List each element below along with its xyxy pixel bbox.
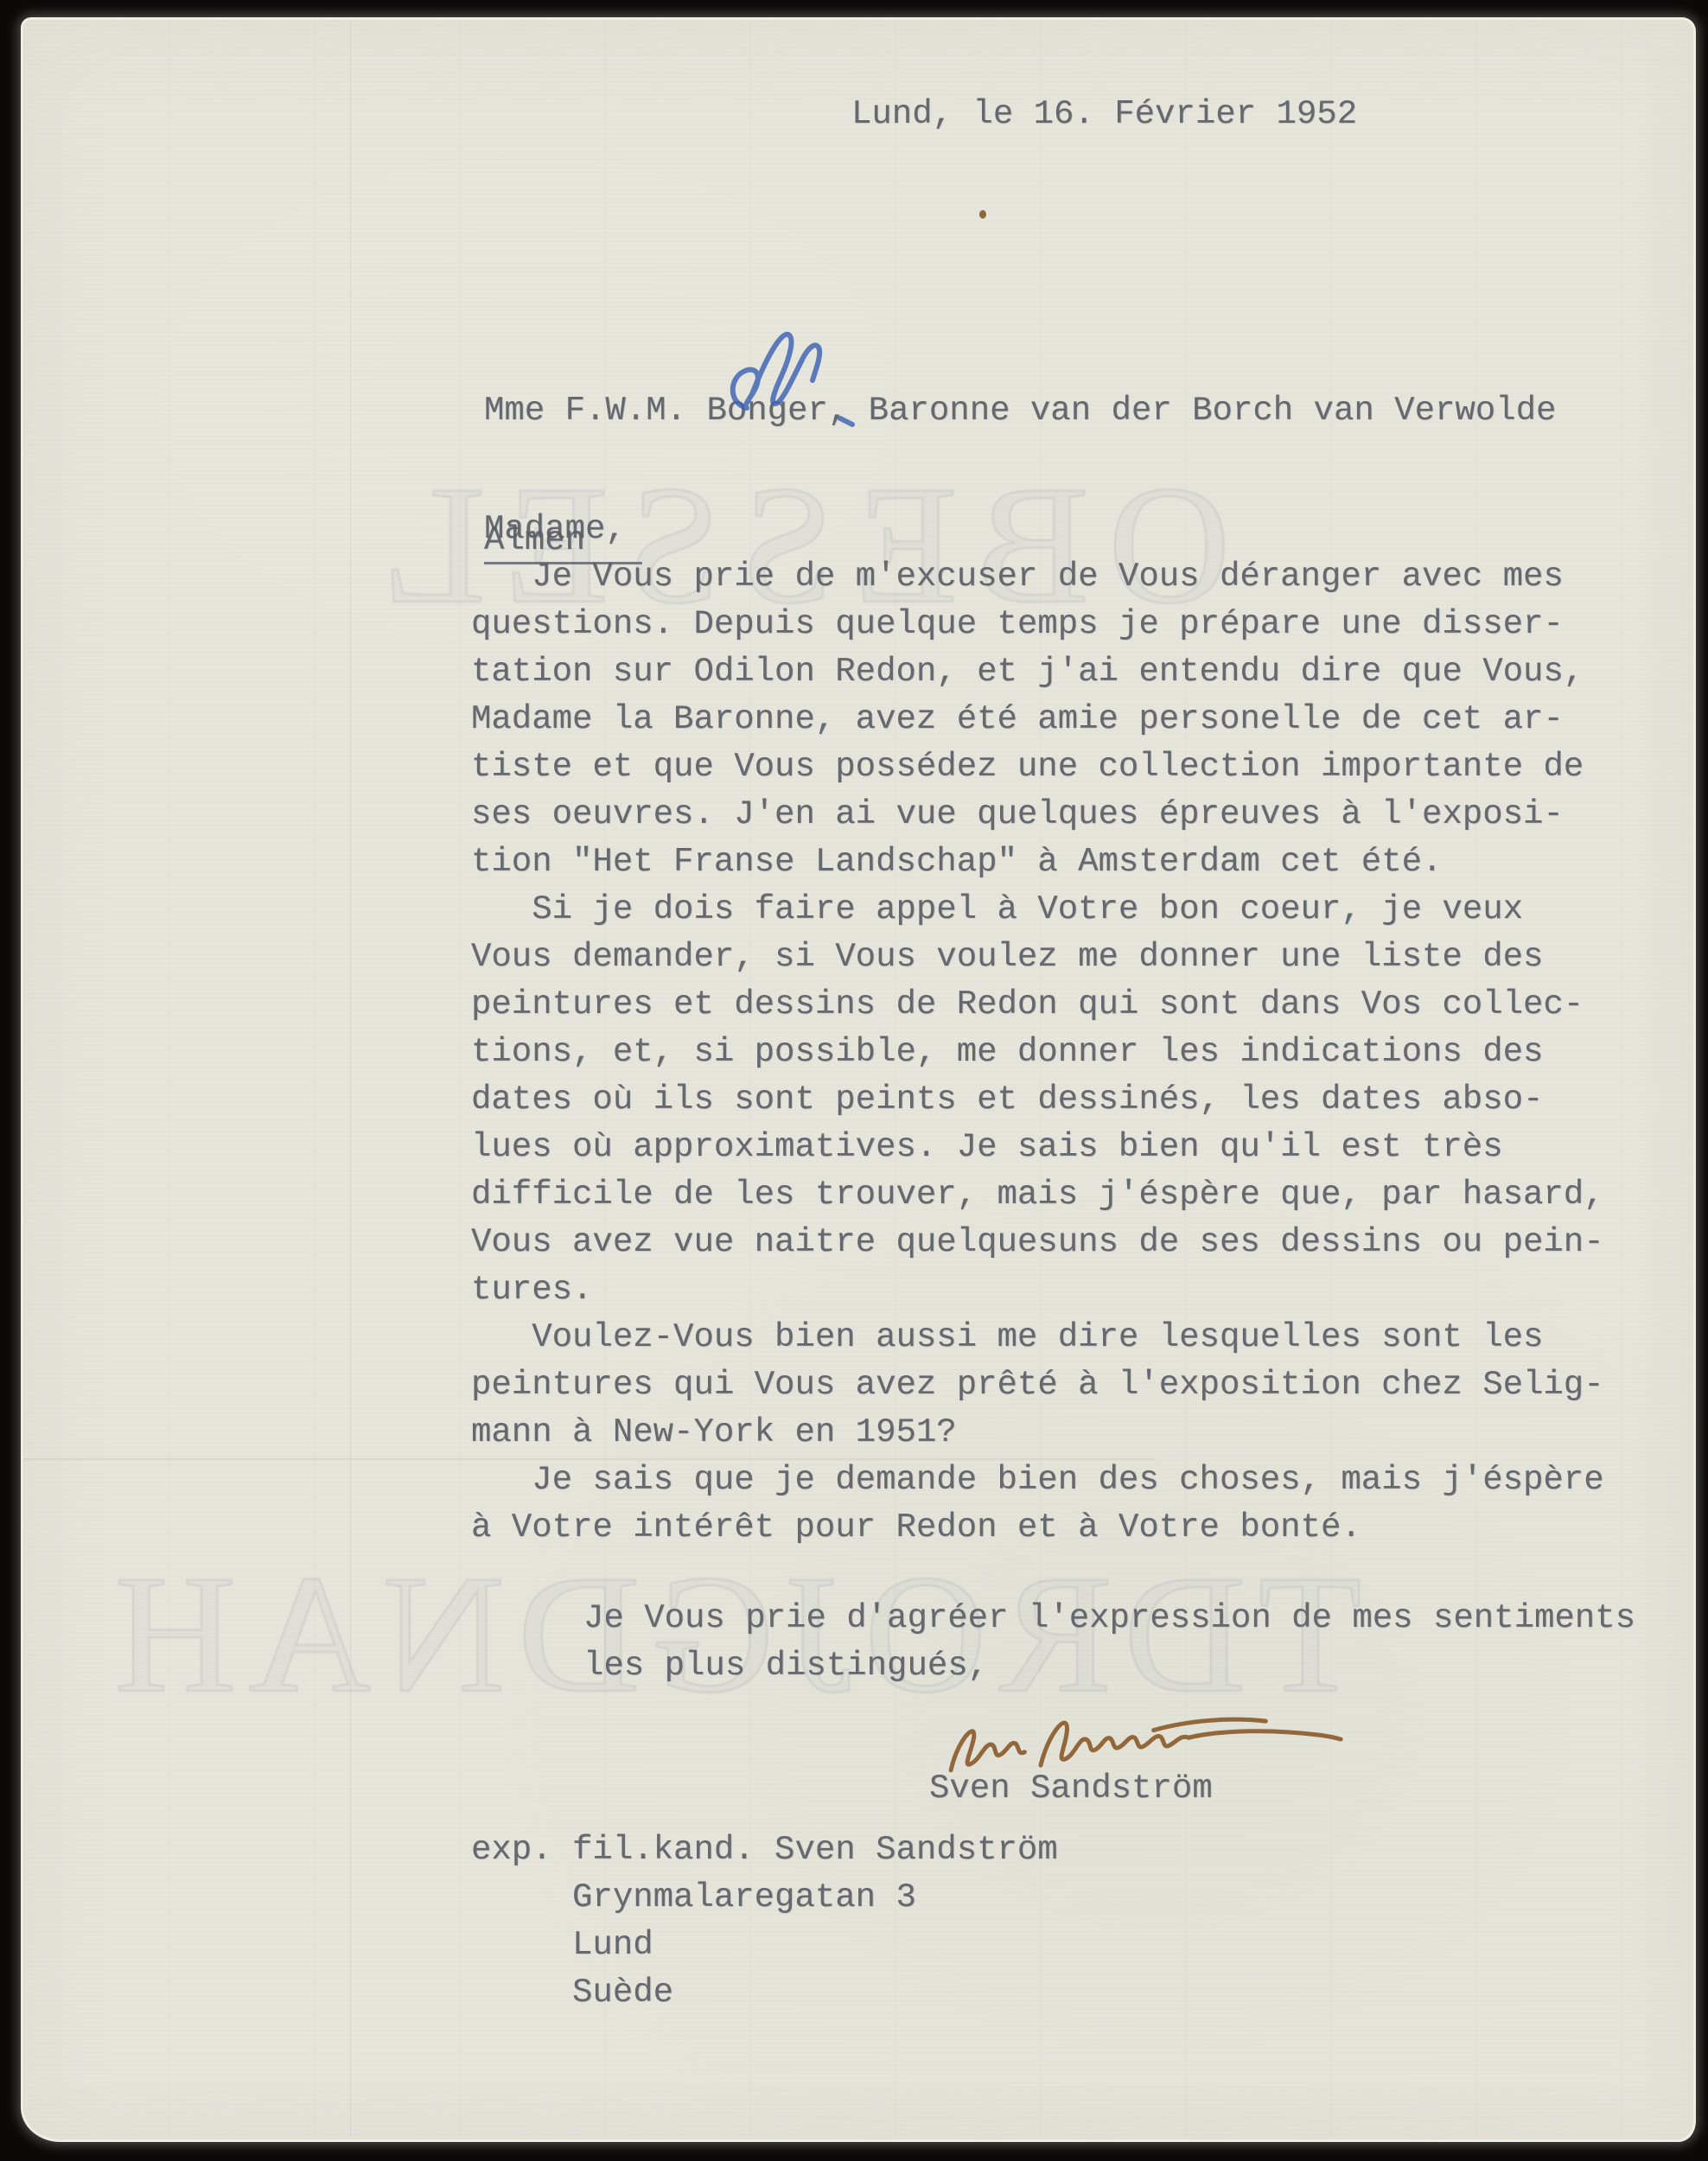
scan-background: { "scan": { "background_color": "#0b0a08… (0, 0, 1708, 2161)
text-line: peintures qui Vous avez prêté à l'exposi… (471, 1361, 1604, 1409)
closing-block: Je Vous prie d'agréer l'expression de me… (583, 1595, 1635, 1690)
text-line: Lund (471, 1921, 1058, 1968)
text-line: peintures et dessins de Redon qui sont d… (471, 981, 1604, 1029)
text-line: exp. fil.kand. Sven Sandström (471, 1826, 1058, 1873)
watermark-letter: A (237, 1537, 372, 1731)
text-line: Je Vous prie de m'excuser de Vous dérang… (471, 553, 1604, 601)
typed-signature: Sven Sandström (929, 1765, 1213, 1813)
text-line: les plus distingués, (583, 1642, 1635, 1690)
salutation: Madame, (484, 506, 626, 553)
text-line: difficile de les trouver, mais j'éspère … (471, 1171, 1604, 1219)
ink-speck (979, 210, 986, 219)
text-line: Si je dois faire appel à Votre bon coeur… (471, 886, 1604, 934)
text-line: lues où approximatives. Je sais bien qu'… (471, 1124, 1604, 1171)
recipient-name: Mme F.W.M. Bonger, Baronne van der Borch… (484, 389, 1556, 432)
watermark-letter: H (102, 1537, 237, 1731)
text-line: Je sais que je demande bien des choses, … (471, 1457, 1604, 1504)
text-line: Vous avez vue naitre quelquesuns de ses … (471, 1219, 1604, 1266)
date-line: Lund, le 16. Février 1952 (851, 91, 1357, 138)
text-line: Vous demander, si Vous voulez me donner … (471, 934, 1604, 981)
text-line: Je Vous prie d'agréer l'expression de me… (583, 1595, 1635, 1642)
blue-pencil-scribble (717, 322, 873, 434)
text-line: tions, et, si possible, me donner les in… (471, 1029, 1604, 1076)
text-line: tion "Het Franse Landschap" à Amsterdam … (471, 838, 1604, 886)
watermark-letter: L (363, 448, 486, 642)
text-line: ses oeuvres. J'en ai vue quelques épreuv… (471, 791, 1604, 838)
watermark-letter: N (371, 1537, 506, 1731)
text-line: Grynmalaregatan 3 (471, 1873, 1058, 1921)
text-line: tation sur Odilon Redon, et j'ai entendu… (471, 648, 1604, 696)
sender-block: exp. fil.kand. Sven Sandström Grynmalare… (471, 1826, 1058, 2016)
text-line: dates où ils sont peints et dessinés, le… (471, 1076, 1604, 1124)
text-line: Voulez-Vous bien aussi me dire lesquelle… (471, 1314, 1604, 1361)
text-line: questions. Depuis quelque temps je prépa… (471, 601, 1604, 648)
text-line: Madame la Baronne, avez été amie persone… (471, 696, 1604, 743)
text-line: tiste et que Vous possédez une collectio… (471, 743, 1604, 791)
text-line: mann à New-York en 1951? (471, 1409, 1604, 1457)
letter-body: Je Vous prie de m'excuser de Vous dérang… (471, 553, 1604, 1552)
text-line: Suède (471, 1968, 1058, 2016)
text-line: tures. (471, 1266, 1604, 1314)
vertical-fold-crease (350, 20, 354, 2139)
text-line: à Votre intérêt pour Redon et à Votre bo… (471, 1504, 1604, 1552)
